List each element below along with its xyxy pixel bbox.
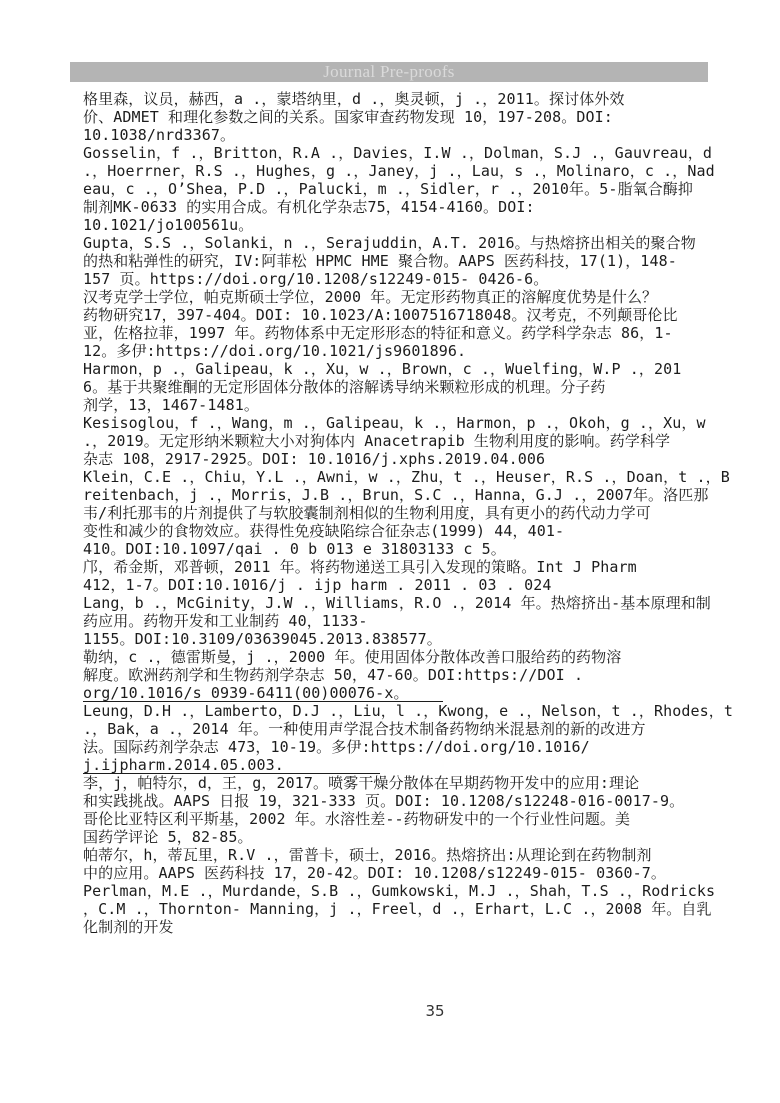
reference-entry: Klein，C.E .，Chiu，Y.L .，Awni，w .，Zhu，t .，…: [83, 468, 715, 558]
reference-line: 法。国际药剂学杂志 473，10-19。多伊:https://doi.org/1…: [83, 738, 715, 756]
reference-line: Harmon，p .，Galipeau，k .，Xu，w .，Brown，c .…: [83, 360, 715, 378]
journal-preproof-banner: Journal Pre-proofs: [70, 62, 708, 82]
reference-line: 国药学评论 5，82-85。: [83, 828, 715, 846]
references-list: 格里森，议员，赫西，a .，蒙塔纳里，d .，奥灵顿，j .，2011。探讨体外…: [83, 90, 715, 936]
reference-entry: Kesisoglou，f .，Wang，m .，Galipeau，k .，Har…: [83, 414, 715, 468]
doi-link[interactable]: org/10.1016/s 0939-6411(00)00076-x。: [83, 685, 443, 702]
reference-line: Gosselin，f .，Britton，R.A .，Davies，I.W .，…: [83, 144, 715, 162]
reference-line: 10.1021/jo100561u。: [83, 216, 715, 234]
reference-line: 1155。DOI:10.3109/03639045.2013.838577。: [83, 630, 715, 648]
reference-line: 410。DOI:10.1097/qai . 0 b 013 e 31803133…: [83, 540, 715, 558]
reference-entry: Harmon，p .，Galipeau，k .，Xu，w .，Brown，c .…: [83, 360, 715, 414]
reference-line: 6。基于共聚维酮的无定形固体分散体的溶解诱导纳米颗粒形成的机理。分子药: [83, 378, 715, 396]
banner-title: Journal Pre-proofs: [323, 62, 454, 82]
reference-entry: 邝，希金斯，邓普顿，2011 年。将药物递送工具引入发现的策略。Int J Ph…: [83, 558, 715, 594]
reference-line: 哥伦比亚特区利平斯基，2002 年。水溶性差--药物研发中的一个行业性问题。美: [83, 810, 715, 828]
reference-entry: 格里森，议员，赫西，a .，蒙塔纳里，d .，奥灵顿，j .，2011。探讨体外…: [83, 90, 715, 144]
reference-line: 中的应用。AAPS 医药科技 17，20-42。DOI: 10.1208/s12…: [83, 864, 715, 882]
reference-line: eau，c .，O’Shea，P.D .，Palucki，m .，Sidler，…: [83, 180, 715, 198]
document-page: { "header": { "banner_text": "Journal Pr…: [0, 0, 780, 1103]
reference-line: Klein，C.E .，Chiu，Y.L .，Awni，w .，Zhu，t .，…: [83, 468, 715, 486]
reference-line: 的热和粘弹性的研究，IV:阿菲松 HPMC HME 聚合物。AAPS 医药科技，…: [83, 252, 715, 270]
reference-line: 化制剂的开发: [83, 918, 715, 936]
reference-line: 和实践挑战。AAPS 日报 19，321-333 页。DOI: 10.1208/…: [83, 792, 715, 810]
reference-line: .，Bak，a .，2014 年。一种使用声学混合技术制备药物纳米混悬剂的新的改…: [83, 720, 715, 738]
reference-entry: Gosselin，f .，Britton，R.A .，Davies，I.W .，…: [83, 144, 715, 234]
reference-line: j.ijpharm.2014.05.003.: [83, 756, 715, 774]
reference-line: 制剂MK-0633 的实用合成。有机化学杂志75，4154-4160。DOI:: [83, 198, 715, 216]
reference-line: 药应用。药物开发和工业制药 40，1133-: [83, 612, 715, 630]
page-number: 35: [0, 1002, 780, 1020]
reference-entry: 汉考克学士学位，帕克斯硕士学位，2000 年。无定形药物真正的溶解度优势是什么？…: [83, 288, 715, 360]
reference-line: 邝，希金斯，邓普顿，2011 年。将药物递送工具引入发现的策略。Int J Ph…: [83, 558, 715, 576]
reference-line: 韦/利托那韦的片剂提供了与软胶囊制剂相似的生物利用度，具有更小的药代动力学可: [83, 504, 715, 522]
reference-entry: 哥伦比亚特区利平斯基，2002 年。水溶性差--药物研发中的一个行业性问题。美国…: [83, 810, 715, 846]
doi-link[interactable]: j.ijpharm.2014.05.003.: [83, 757, 380, 774]
reference-line: reitenbach，j .，Morris，J.B .，Brun，S.C .，H…: [83, 486, 715, 504]
reference-line: 解度。欧洲药剂学和生物药剂学杂志 50，47-60。DOI:https://DO…: [83, 666, 715, 684]
reference-line: Kesisoglou，f .，Wang，m .，Galipeau，k .，Har…: [83, 414, 715, 432]
reference-line: 412，1-7。DOI:10.1016/j . ijp harm . 2011 …: [83, 576, 715, 594]
reference-line: Lang，b .，McGinity，J.W .，Williams，R.O .，2…: [83, 594, 715, 612]
reference-entry: 勒纳，c .，德雷斯曼，j .，2000 年。使用固体分散体改善口服给药的药物溶…: [83, 648, 715, 702]
reference-line: Gupta，S.S .，Solanki，n .，Serajuddin，A.T. …: [83, 234, 715, 252]
reference-entry: 李，j，帕特尔，d，王，g，2017。喷雾干燥分散体在早期药物开发中的应用:理论…: [83, 774, 715, 810]
reference-line: .，2019。无定形纳米颗粒大小对狗体内 Anacetrapib 生物利用度的影…: [83, 432, 715, 450]
reference-line: .，Hoerrner，R.S .，Hughes，g .，Janey，j .，La…: [83, 162, 715, 180]
reference-line: Leung，D.H .，Lamberto，D.J .，Liu，l .，Kwong…: [83, 702, 715, 720]
reference-line: 10.1038/nrd3367。: [83, 126, 715, 144]
reference-line: Perlman，M.E .，Murdande，S.B .，Gumkowski，M…: [83, 882, 715, 900]
reference-line: 157 页。https://doi.org/10.1208/s12249-015…: [83, 270, 715, 288]
reference-line: 亚，佐格拉菲，1997 年。药物体系中无定形形态的特征和意义。药学科学杂志 86…: [83, 324, 715, 342]
reference-line: 李，j，帕特尔，d，王，g，2017。喷雾干燥分散体在早期药物开发中的应用:理论: [83, 774, 715, 792]
reference-entry: Leung，D.H .，Lamberto，D.J .，Liu，l .，Kwong…: [83, 702, 715, 774]
reference-line: ，C.M .，Thornton- Manning，j .，Freel，d .，E…: [83, 900, 715, 918]
reference-line: 勒纳，c .，德雷斯曼，j .，2000 年。使用固体分散体改善口服给药的药物溶: [83, 648, 715, 666]
reference-line: 药物研究17，397-404。DOI: 10.1023/A:1007516718…: [83, 306, 715, 324]
reference-entry: Lang，b .，McGinity，J.W .，Williams，R.O .，2…: [83, 594, 715, 648]
reference-entry: Perlman，M.E .，Murdande，S.B .，Gumkowski，M…: [83, 882, 715, 936]
reference-line: 格里森，议员，赫西，a .，蒙塔纳里，d .，奥灵顿，j .，2011。探讨体外…: [83, 90, 715, 108]
reference-line: 价、ADMET 和理化参数之间的关系。国家审查药物发现 10，197-208。D…: [83, 108, 715, 126]
reference-line: 汉考克学士学位，帕克斯硕士学位，2000 年。无定形药物真正的溶解度优势是什么？: [83, 288, 715, 306]
reference-entry: Gupta，S.S .，Solanki，n .，Serajuddin，A.T. …: [83, 234, 715, 288]
reference-entry: 帕蒂尔，h，蒂瓦里，R.V .，雷普卡，硕士，2016。热熔挤出:从理论到在药物…: [83, 846, 715, 882]
reference-line: 变性和减少的食物效应。获得性免疫缺陷综合征杂志(1999) 44，401-: [83, 522, 715, 540]
reference-line: org/10.1016/s 0939-6411(00)00076-x。: [83, 684, 715, 702]
reference-line: 剂学，13，1467-1481。: [83, 396, 715, 414]
reference-line: 12。多伊:https://doi.org/10.1021/js9601896.: [83, 342, 715, 360]
reference-line: 杂志 108，2917-2925。DOI: 10.1016/j.xphs.201…: [83, 450, 715, 468]
reference-line: 帕蒂尔，h，蒂瓦里，R.V .，雷普卡，硕士，2016。热熔挤出:从理论到在药物…: [83, 846, 715, 864]
